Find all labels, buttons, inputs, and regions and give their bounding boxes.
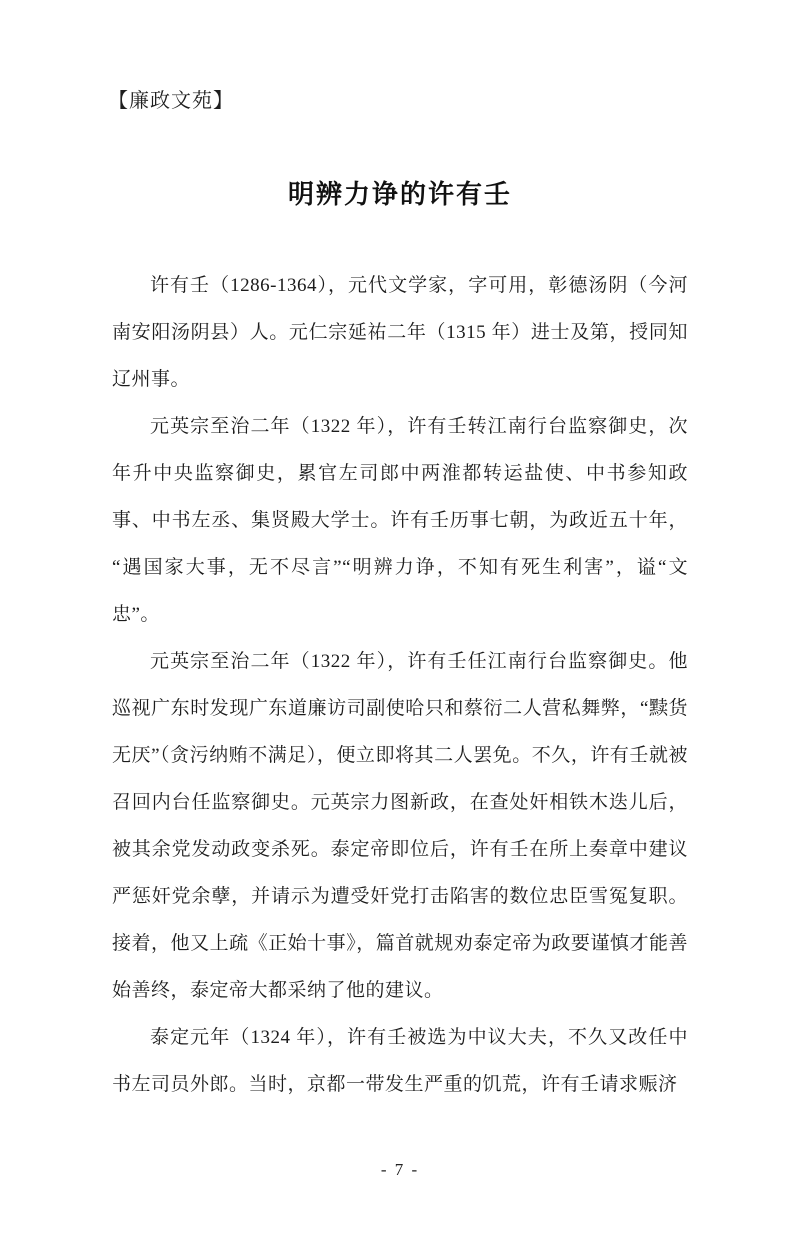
paragraph: 泰定元年（1324 年），许有壬被选为中议大夫，不久又改任中书左司员外郎。当时，… bbox=[112, 1014, 688, 1108]
paragraph: 许有壬（1286-1364），元代文学家，字可用，彰德汤阴（今河南安阳汤阴县）人… bbox=[112, 262, 688, 403]
document-page: 【廉政文苑】 明辨力诤的许有壬 许有壬（1286-1364），元代文学家，字可用… bbox=[0, 0, 800, 1258]
paragraph: 元英宗至治二年（1322 年），许有壬转江南行台监察御史，次年升中央监察御史，累… bbox=[112, 403, 688, 638]
page-title: 明辨力诤的许有壬 bbox=[0, 178, 800, 212]
page-number: - 7 - bbox=[0, 1158, 800, 1182]
paragraph: 元英宗至治二年（1322 年），许有壬任江南行台监察御史。他巡视广东时发现广东道… bbox=[112, 638, 688, 1014]
article-body: 许有壬（1286-1364），元代文学家，字可用，彰德汤阴（今河南安阳汤阴县）人… bbox=[112, 262, 688, 1108]
section-label: 【廉政文苑】 bbox=[108, 86, 234, 116]
